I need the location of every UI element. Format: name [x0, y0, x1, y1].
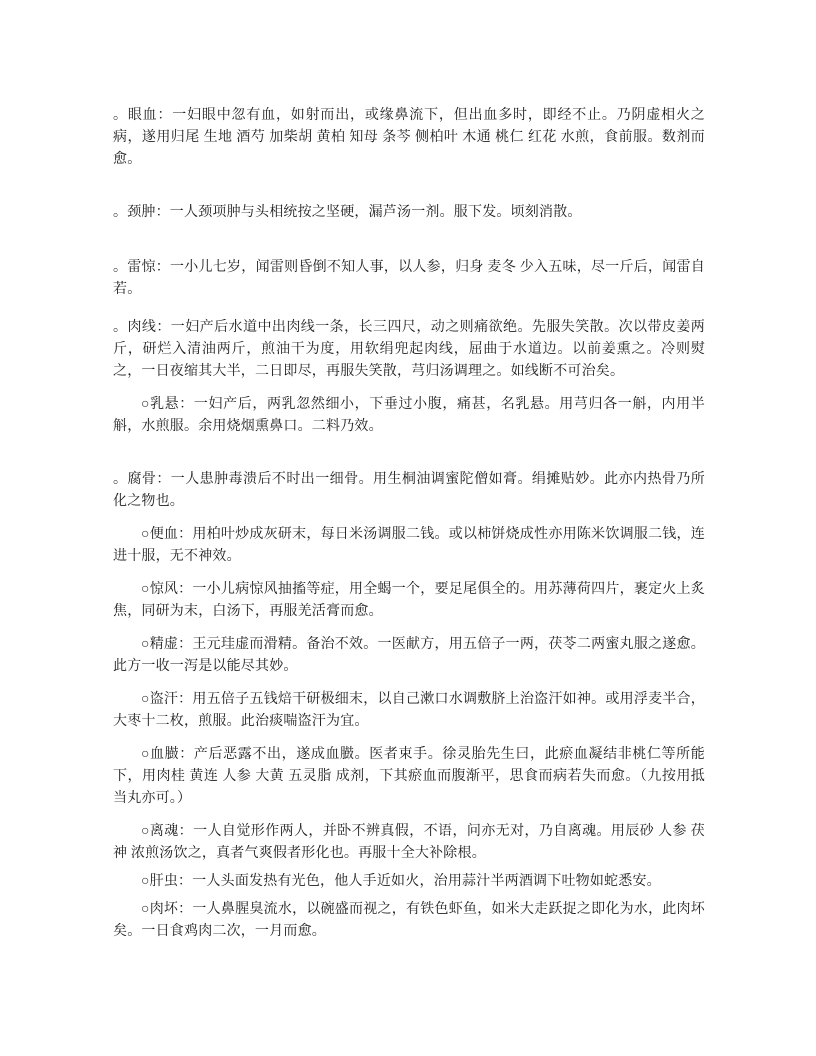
paragraph-liver-worm: ○肝虫：一人头面发热有光色，他人手近如火，治用蒜汁半两酒调下吐物如蛇悉安。: [113, 871, 705, 893]
paragraph-flesh-thread: 。肉线：一妇产后水道中出肉线一条，长三四尺，动之则痛欲绝。先服失笑散。次以带皮姜…: [113, 317, 705, 383]
paragraph-thunder-fright: 。雷惊：一小儿七岁，闻雷则昏倒不知人事，以人参，归身 麦冬 少入五味，尽一斤后，…: [113, 257, 705, 301]
paragraph-departed-soul: ○离魂：一人自觉形作两人，并卧不辨真假，不语，问亦无对，乃自离魂。用辰砂 人参 …: [113, 821, 705, 865]
paragraph-bloody-stool: ○便血：用柏叶炒成灰研末，每日米汤调服二钱。或以柿饼烧成性亦用陈米饮调服二钱，连…: [113, 524, 705, 568]
paragraph-neck-swelling: 。颈肿：一人颈项肿与头相统按之坚硬，漏芦汤一剂。服下发。顷刻消散。: [113, 202, 705, 224]
paragraph-infantile-convulsion: ○惊风：一小儿病惊风抽搐等症，用全蝎一个，要足尾俱全的。用苏薄荷四片，裹定火上炙…: [113, 579, 705, 623]
document-page: 。眼血：一妇眼中忽有血，如射而出，或缘鼻流下，但出血多时，即经不止。乃阴虚相火之…: [0, 0, 816, 1056]
paragraph-night-sweats: ○盗汗：用五倍子五钱焙干研极细末，以自己漱口水调敷脐上治盗汗如神。或用浮麦半合，…: [113, 689, 705, 733]
paragraph-blood-tympanites: ○血臌：产后恶露不出，遂成血臌。医者束手。徐灵胎先生曰，此瘀血凝结非桃仁等所能下…: [113, 744, 705, 810]
paragraph-flesh-decay: ○肉坏：一人鼻腥臭流水，以碗盛而视之，有铁色虾鱼，如米大走跃捉之即化为水，此肉坏…: [113, 899, 705, 943]
paragraph-seminal-deficiency: ○精虚：王元珪虚而滑精。备治不效。一医献方，用五倍子一两，茯苓二两蜜丸服之遂愈。…: [113, 634, 705, 678]
paragraph-hanging-breast: ○乳悬：一妇产后，两乳忽然细小，下垂过小腹，痛甚，名乳悬。用芎归各一斛，内用半斛…: [113, 394, 705, 438]
paragraph-decayed-bone: 。腐骨：一人患肿毒溃后不时出一细骨。用生桐油调蜜陀僧如膏。绢摊贴妙。此亦内热骨乃…: [113, 469, 705, 513]
paragraph-eye-blood: 。眼血：一妇眼中忽有血，如射而出，或缘鼻流下，但出血多时，即经不止。乃阴虚相火之…: [113, 105, 705, 171]
